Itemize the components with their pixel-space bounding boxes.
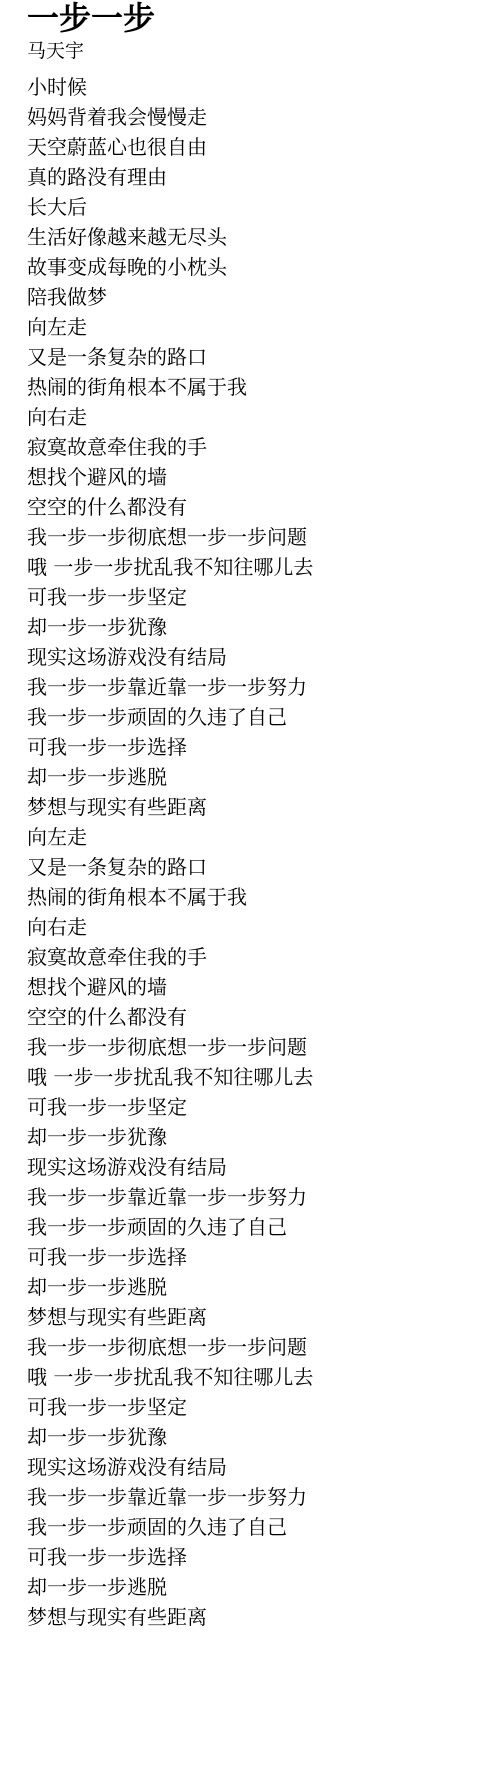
lyric-line: 现实这场游戏没有结局	[27, 1152, 480, 1182]
lyric-line: 热闹的街角根本不属于我	[27, 372, 480, 402]
lyric-line: 我一步一步彻底想一步一步问题	[27, 1332, 480, 1362]
lyric-line: 哦 一步一步扰乱我不知往哪儿去	[27, 1062, 480, 1092]
lyrics-page: { "song": { "title": "一步一步", "artist": "…	[0, 0, 500, 1780]
lyric-line: 梦想与现实有些距离	[27, 1602, 480, 1632]
lyric-line: 可我一步一步选择	[27, 732, 480, 762]
artist-name: 马天宇	[27, 38, 480, 64]
lyric-line: 我一步一步靠近靠一步一步努力	[27, 672, 480, 702]
lyric-line: 却一步一步逃脱	[27, 762, 480, 792]
lyric-line: 我一步一步彻底想一步一步问题	[27, 522, 480, 552]
lyric-line: 可我一步一步坚定	[27, 1092, 480, 1122]
lyric-line: 却一步一步逃脱	[27, 1272, 480, 1302]
lyric-line: 哦 一步一步扰乱我不知往哪儿去	[27, 1362, 480, 1392]
lyric-line: 空空的什么都没有	[27, 492, 480, 522]
lyric-line: 又是一条复杂的路口	[27, 342, 480, 372]
lyric-line: 向右走	[27, 912, 480, 942]
lyric-line: 我一步一步靠近靠一步一步努力	[27, 1482, 480, 1512]
lyric-line: 长大后	[27, 192, 480, 222]
song-title: 一步一步	[27, 0, 480, 36]
lyric-line: 向左走	[27, 312, 480, 342]
lyric-line: 却一步一步犹豫	[27, 612, 480, 642]
lyric-line: 故事变成每晚的小枕头	[27, 252, 480, 282]
lyric-line: 却一步一步犹豫	[27, 1122, 480, 1152]
lyric-line: 可我一步一步坚定	[27, 1392, 480, 1422]
lyric-line: 却一步一步逃脱	[27, 1572, 480, 1602]
lyric-line: 我一步一步顽固的久违了自己	[27, 702, 480, 732]
lyric-line: 真的路没有理由	[27, 162, 480, 192]
lyric-line: 寂寞故意牵住我的手	[27, 942, 480, 972]
lyric-line: 生活好像越来越无尽头	[27, 222, 480, 252]
lyric-line: 我一步一步顽固的久违了自己	[27, 1512, 480, 1542]
lyric-line: 陪我做梦	[27, 282, 480, 312]
page-container: 一步一步 马天宇 小时候妈妈背着我会慢慢走天空蔚蓝心也很自由真的路没有理由长大后…	[0, 0, 500, 1632]
lyric-line: 现实这场游戏没有结局	[27, 642, 480, 672]
lyric-line: 我一步一步靠近靠一步一步努力	[27, 1182, 480, 1212]
lyric-line: 梦想与现实有些距离	[27, 1302, 480, 1332]
lyric-line: 空空的什么都没有	[27, 1002, 480, 1032]
lyric-line: 哦 一步一步扰乱我不知往哪儿去	[27, 552, 480, 582]
lyric-line: 天空蔚蓝心也很自由	[27, 132, 480, 162]
lyric-line: 现实这场游戏没有结局	[27, 1452, 480, 1482]
lyric-line: 想找个避风的墙	[27, 972, 480, 1002]
lyric-line: 可我一步一步选择	[27, 1542, 480, 1572]
lyric-line: 寂寞故意牵住我的手	[27, 432, 480, 462]
lyric-line: 我一步一步彻底想一步一步问题	[27, 1032, 480, 1062]
lyric-line: 却一步一步犹豫	[27, 1422, 480, 1452]
lyric-line: 梦想与现实有些距离	[27, 792, 480, 822]
lyric-line: 妈妈背着我会慢慢走	[27, 102, 480, 132]
lyric-line: 我一步一步顽固的久违了自己	[27, 1212, 480, 1242]
lyric-line: 想找个避风的墙	[27, 462, 480, 492]
lyric-line: 向右走	[27, 402, 480, 432]
lyrics-list: 小时候妈妈背着我会慢慢走天空蔚蓝心也很自由真的路没有理由长大后生活好像越来越无尽…	[27, 72, 480, 1632]
lyric-line: 热闹的街角根本不属于我	[27, 882, 480, 912]
lyric-line: 可我一步一步坚定	[27, 582, 480, 612]
lyric-line: 可我一步一步选择	[27, 1242, 480, 1272]
lyric-line: 向左走	[27, 822, 480, 852]
lyric-line: 小时候	[27, 72, 480, 102]
lyric-line: 又是一条复杂的路口	[27, 852, 480, 882]
